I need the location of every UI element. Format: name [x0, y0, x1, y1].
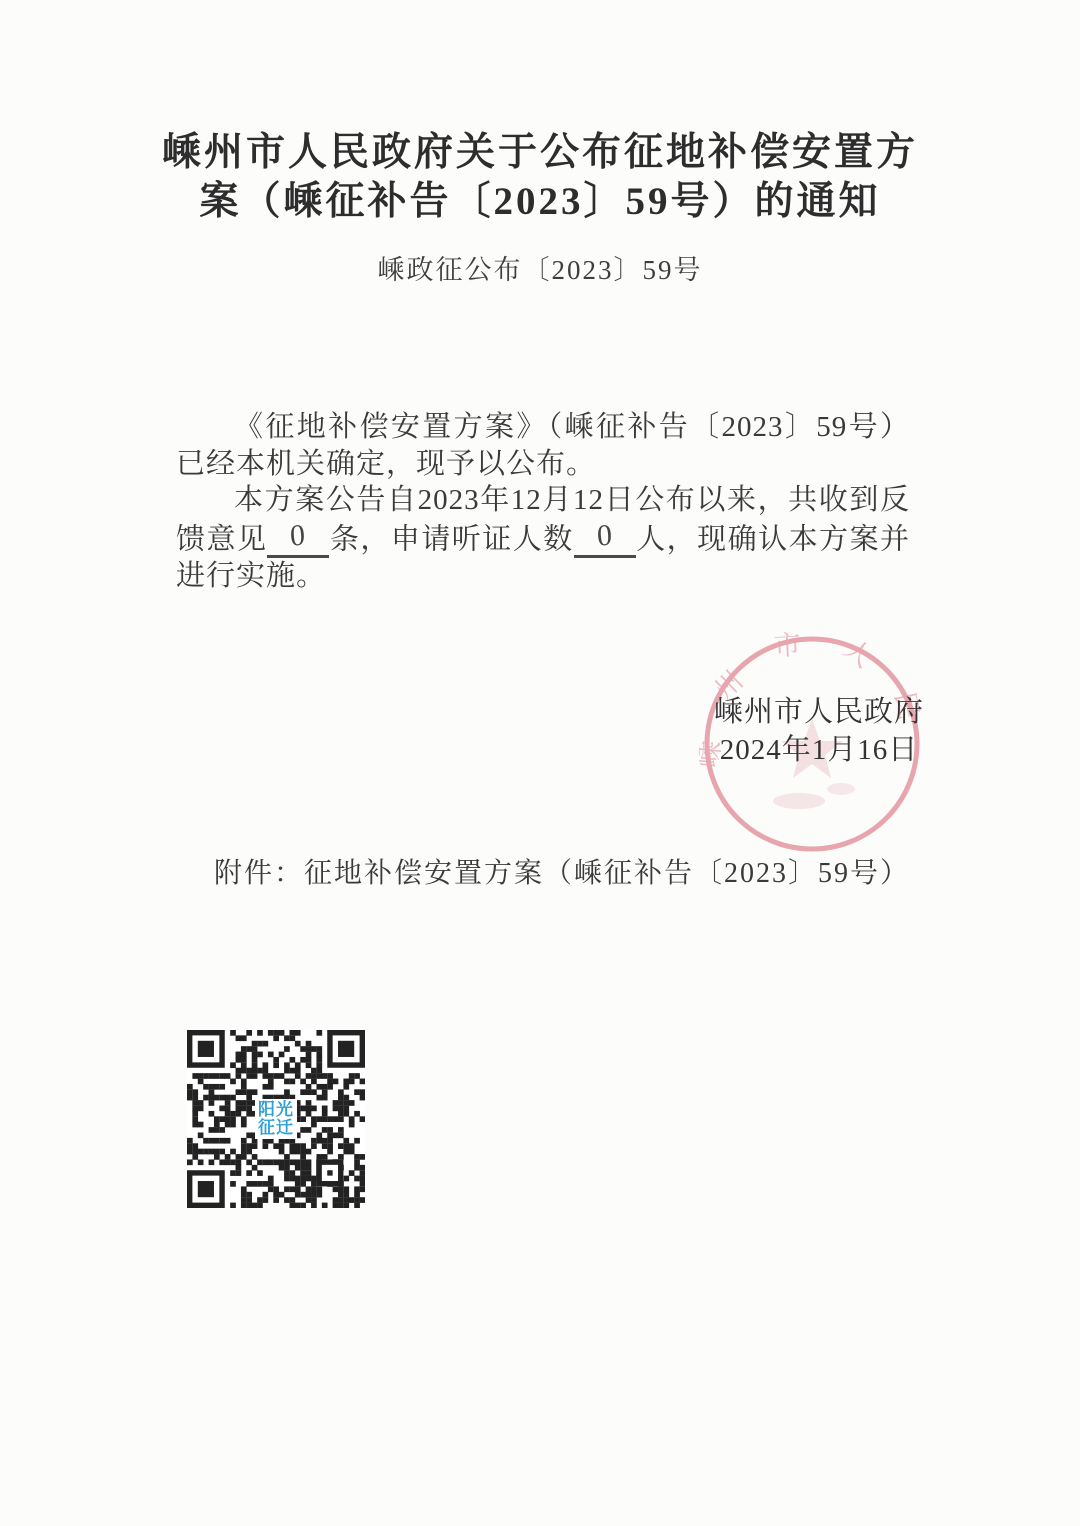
paragraph-confirmation: 本方案公告自2023年12月12日公布以来，共收到反馈意见0条，申请听证人数0人…	[176, 482, 910, 594]
signature-date: 2024年1月16日	[698, 731, 940, 769]
seal-smudge	[773, 793, 825, 809]
paragraph2-part2: 条，申请听证人数	[329, 523, 573, 555]
document-number: 嵊政征公布〔2023〕59号	[0, 248, 1080, 287]
document-page: 嵊州市人民政府关于公布征地补偿安置方 案（嵊征补告〔2023〕59号）的通知 嵊…	[0, 0, 1080, 1526]
qr-center-label: 阳光 征迁	[255, 1099, 297, 1139]
hearing-count-blank: 0	[574, 519, 636, 558]
hearing-count-value: 0	[596, 517, 614, 553]
signature-block: 嵊州市人民政府 2024年1月16日	[698, 693, 940, 769]
seal-smudge	[827, 783, 855, 795]
document-title-line2: 案（嵊征补告〔2023〕59号）的通知	[0, 177, 1080, 226]
paragraph-announcement: 《征地补偿安置方案》（嵊征补告〔2023〕59号）已经本机关确定，现予以公布。	[176, 409, 910, 482]
qr-label-line2: 征迁	[258, 1119, 294, 1137]
qr-label-line1: 阳光	[258, 1101, 294, 1119]
document-title-line1: 嵊州市人民政府关于公布征地补偿安置方	[0, 128, 1080, 177]
qr-code: 阳光 征迁	[187, 1030, 365, 1208]
signature-issuer: 嵊州市人民政府	[698, 693, 940, 731]
feedback-count-value: 0	[289, 517, 307, 553]
document-title: 嵊州市人民政府关于公布征地补偿安置方 案（嵊征补告〔2023〕59号）的通知	[0, 128, 1080, 226]
feedback-count-blank: 0	[267, 519, 329, 558]
document-body: 《征地补偿安置方案》（嵊征补告〔2023〕59号）已经本机关确定，现予以公布。 …	[176, 409, 910, 594]
